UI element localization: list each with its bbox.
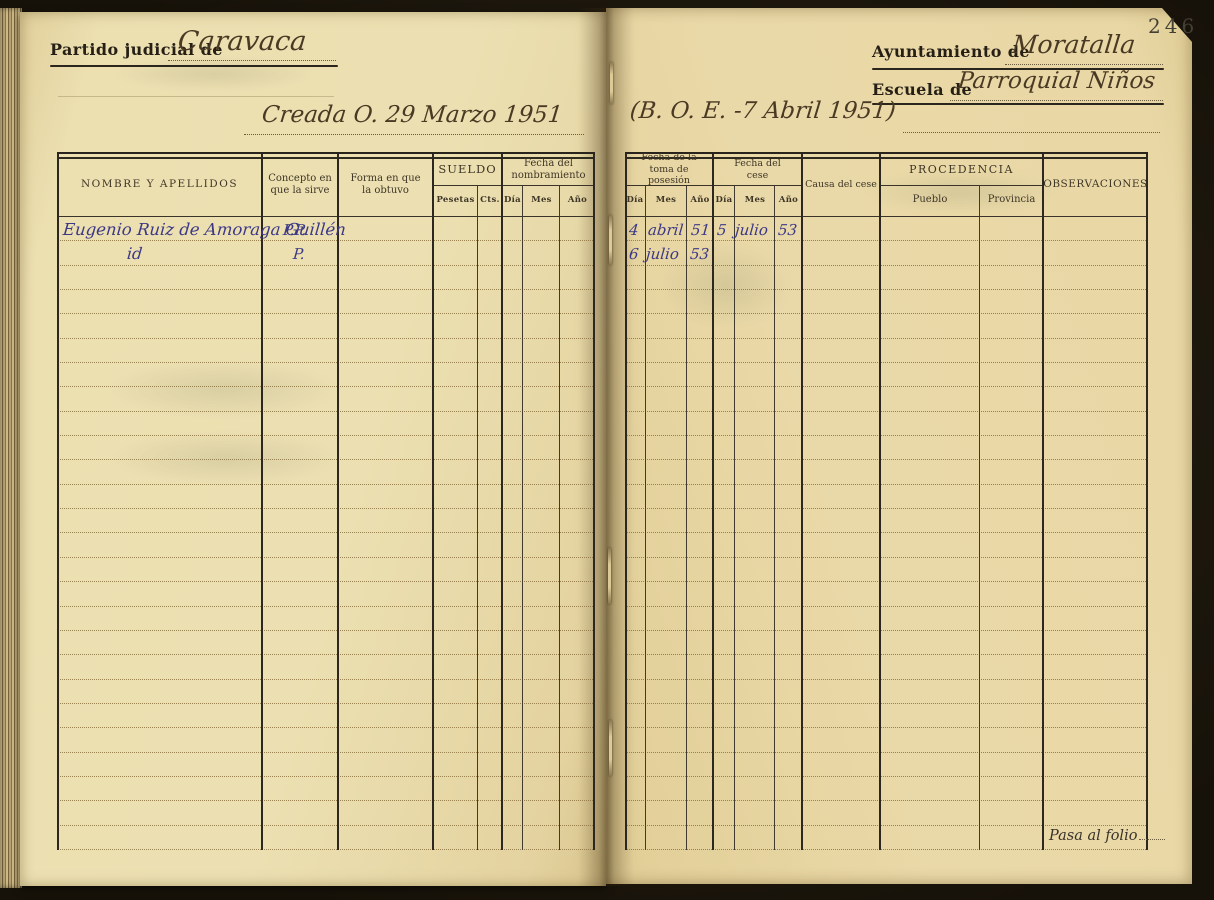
ruled-dotted-line xyxy=(244,132,584,135)
left-table-body xyxy=(57,217,595,850)
entry-posesion-ano-row2: 53 xyxy=(689,245,710,263)
col-concepto-header: Concepto en que la sirve xyxy=(262,154,338,215)
table-row xyxy=(625,339,1148,363)
pasa-al-folio: Pasa al folio xyxy=(1049,828,1165,844)
table-row xyxy=(57,607,595,631)
table-border xyxy=(1146,154,1148,850)
col-nombramiento-ano-header: Año xyxy=(560,185,595,215)
subcolumn-line xyxy=(734,186,735,850)
page-number: 246 xyxy=(1148,14,1198,38)
table-border xyxy=(57,154,59,850)
col-forma-header: Forma en que la obtuvo xyxy=(338,154,433,215)
entry-posesion-dia-row1: 4 xyxy=(628,221,639,239)
col-nombramiento-mes-header: Mes xyxy=(523,185,560,215)
ruled-dotted-line xyxy=(1005,62,1163,65)
table-row xyxy=(625,436,1148,460)
col-causa-header: Causa del cese xyxy=(802,154,880,215)
stitching-thread xyxy=(609,215,612,265)
table-row xyxy=(625,704,1148,728)
table-row xyxy=(57,485,595,509)
col-posesion-ano-header: Año xyxy=(687,185,713,215)
col-cese-group-header: Fecha del cese xyxy=(713,154,802,185)
ruled-dotted-line xyxy=(1139,828,1165,840)
entry-posesion-mes-row1: abril xyxy=(647,221,684,239)
table-row xyxy=(625,460,1148,484)
col-procedencia-group-header: PROCEDENCIA xyxy=(880,154,1043,185)
col-nombramiento-dia-header: Día xyxy=(502,185,523,215)
table-row xyxy=(57,314,595,338)
table-border xyxy=(593,154,595,850)
table-row xyxy=(625,777,1148,801)
table-row xyxy=(57,655,595,679)
ayuntamiento-value-handwritten: Moratalla xyxy=(1010,30,1136,59)
col-sueldo-group-header: SUELDO xyxy=(433,154,502,185)
table-row xyxy=(57,339,595,363)
table-row xyxy=(57,533,595,557)
ledger-book-scan: Partido judicial de Caravaca Creada O. 2… xyxy=(0,0,1214,900)
entry-posesion-dia-row2: 6 xyxy=(628,245,639,263)
entry-concepto-row1: P.P. xyxy=(282,221,307,239)
table-row xyxy=(57,631,595,655)
subcolumn-line xyxy=(522,186,523,850)
pasa-al-folio-label: Pasa al folio xyxy=(1049,828,1137,844)
table-row xyxy=(57,826,595,850)
creation-note-right-handwritten: (B. O. E. -7 Abril 1951) xyxy=(629,98,897,124)
column-line xyxy=(712,154,714,850)
partido-judicial-value-handwritten: Caravaca xyxy=(176,26,308,57)
col-observaciones-header: OBSERVACIONES xyxy=(1043,154,1148,215)
column-line xyxy=(1042,154,1044,850)
table-row xyxy=(625,655,1148,679)
ruled-dotted-line xyxy=(950,98,1163,101)
table-row xyxy=(57,509,595,533)
entry-nombre-row2: id xyxy=(126,244,143,263)
table-row xyxy=(57,387,595,411)
table-row xyxy=(625,387,1148,411)
table-row xyxy=(57,460,595,484)
table-row xyxy=(57,680,595,704)
subcolumn-line xyxy=(559,186,560,850)
table-row xyxy=(625,558,1148,582)
table-row xyxy=(57,801,595,825)
table-row xyxy=(625,728,1148,752)
right-table-body xyxy=(625,217,1148,850)
entry-concepto-row2: P. xyxy=(292,245,305,263)
column-line xyxy=(801,154,803,850)
column-line xyxy=(337,154,339,850)
col-pueblo-header: Pueblo xyxy=(880,185,980,215)
table-row xyxy=(625,314,1148,338)
column-line xyxy=(879,154,881,850)
table-row xyxy=(57,363,595,387)
escuela-value-handwritten: Parroquial Niños xyxy=(957,68,1157,94)
table-row xyxy=(625,607,1148,631)
column-line xyxy=(261,154,263,850)
col-posesion-dia-header: Día xyxy=(625,185,645,215)
col-provincia-header: Provincia xyxy=(980,185,1043,215)
table-row xyxy=(57,728,595,752)
table-row xyxy=(625,266,1148,290)
table-border xyxy=(625,154,627,850)
ruled-dotted-line xyxy=(168,58,336,61)
table-row xyxy=(625,533,1148,557)
table-row xyxy=(57,753,595,777)
subcolumn-line xyxy=(477,186,478,850)
col-posesion-group-header: Fecha de la toma de posesión xyxy=(625,154,713,185)
entry-cese-ano-row1: 53 xyxy=(777,221,798,239)
col-nombramiento-group-header: Fecha del nombramiento xyxy=(502,154,595,185)
table-row xyxy=(57,582,595,606)
left-table: NOMBRE Y APELLIDOS Concepto en que la si… xyxy=(57,152,595,850)
subcolumn-line xyxy=(645,186,646,850)
table-row xyxy=(57,266,595,290)
right-table: Fecha de la toma de posesión Día Mes Año… xyxy=(625,152,1148,850)
table-row xyxy=(57,558,595,582)
stitching-thread xyxy=(609,720,612,776)
table-row xyxy=(57,290,595,314)
col-cese-dia-header: Día xyxy=(713,185,735,215)
table-row xyxy=(57,436,595,460)
faint-rule xyxy=(58,96,334,97)
stitching-thread xyxy=(610,62,613,104)
entry-posesion-mes-row2: julio xyxy=(645,245,680,263)
col-cese-ano-header: Año xyxy=(775,185,802,215)
table-row xyxy=(625,363,1148,387)
subcolumn-line xyxy=(979,186,980,850)
column-line xyxy=(501,154,503,850)
stitching-thread xyxy=(608,548,611,604)
creation-note-left-handwritten: Creada O. 29 Marzo 1951 xyxy=(261,102,564,128)
col-cts-header: Cts. xyxy=(478,185,502,215)
table-row xyxy=(625,753,1148,777)
table-row xyxy=(57,704,595,728)
col-posesion-mes-header: Mes xyxy=(645,185,687,215)
entry-cese-mes-row1: julio xyxy=(734,221,769,239)
entry-cese-dia-row1: 5 xyxy=(716,221,727,239)
column-line xyxy=(432,154,434,850)
table-row xyxy=(625,509,1148,533)
subcolumn-line xyxy=(686,186,687,850)
col-nombre-header: NOMBRE Y APELLIDOS xyxy=(57,154,262,215)
table-row xyxy=(625,290,1148,314)
table-row xyxy=(625,631,1148,655)
table-row xyxy=(625,485,1148,509)
col-pesetas-header: Pesetas xyxy=(433,185,478,215)
ruled-dotted-line xyxy=(903,130,1160,133)
table-row xyxy=(625,412,1148,436)
entry-posesion-ano-row1: 51 xyxy=(690,221,711,239)
page-edge-stack xyxy=(0,8,22,888)
table-row xyxy=(57,412,595,436)
ayuntamiento-label: Ayuntamiento de xyxy=(872,42,1030,61)
table-row xyxy=(57,777,595,801)
table-row xyxy=(625,801,1148,825)
table-row xyxy=(625,582,1148,606)
subcolumn-line xyxy=(774,186,775,850)
table-row xyxy=(625,680,1148,704)
col-cese-mes-header: Mes xyxy=(735,185,775,215)
